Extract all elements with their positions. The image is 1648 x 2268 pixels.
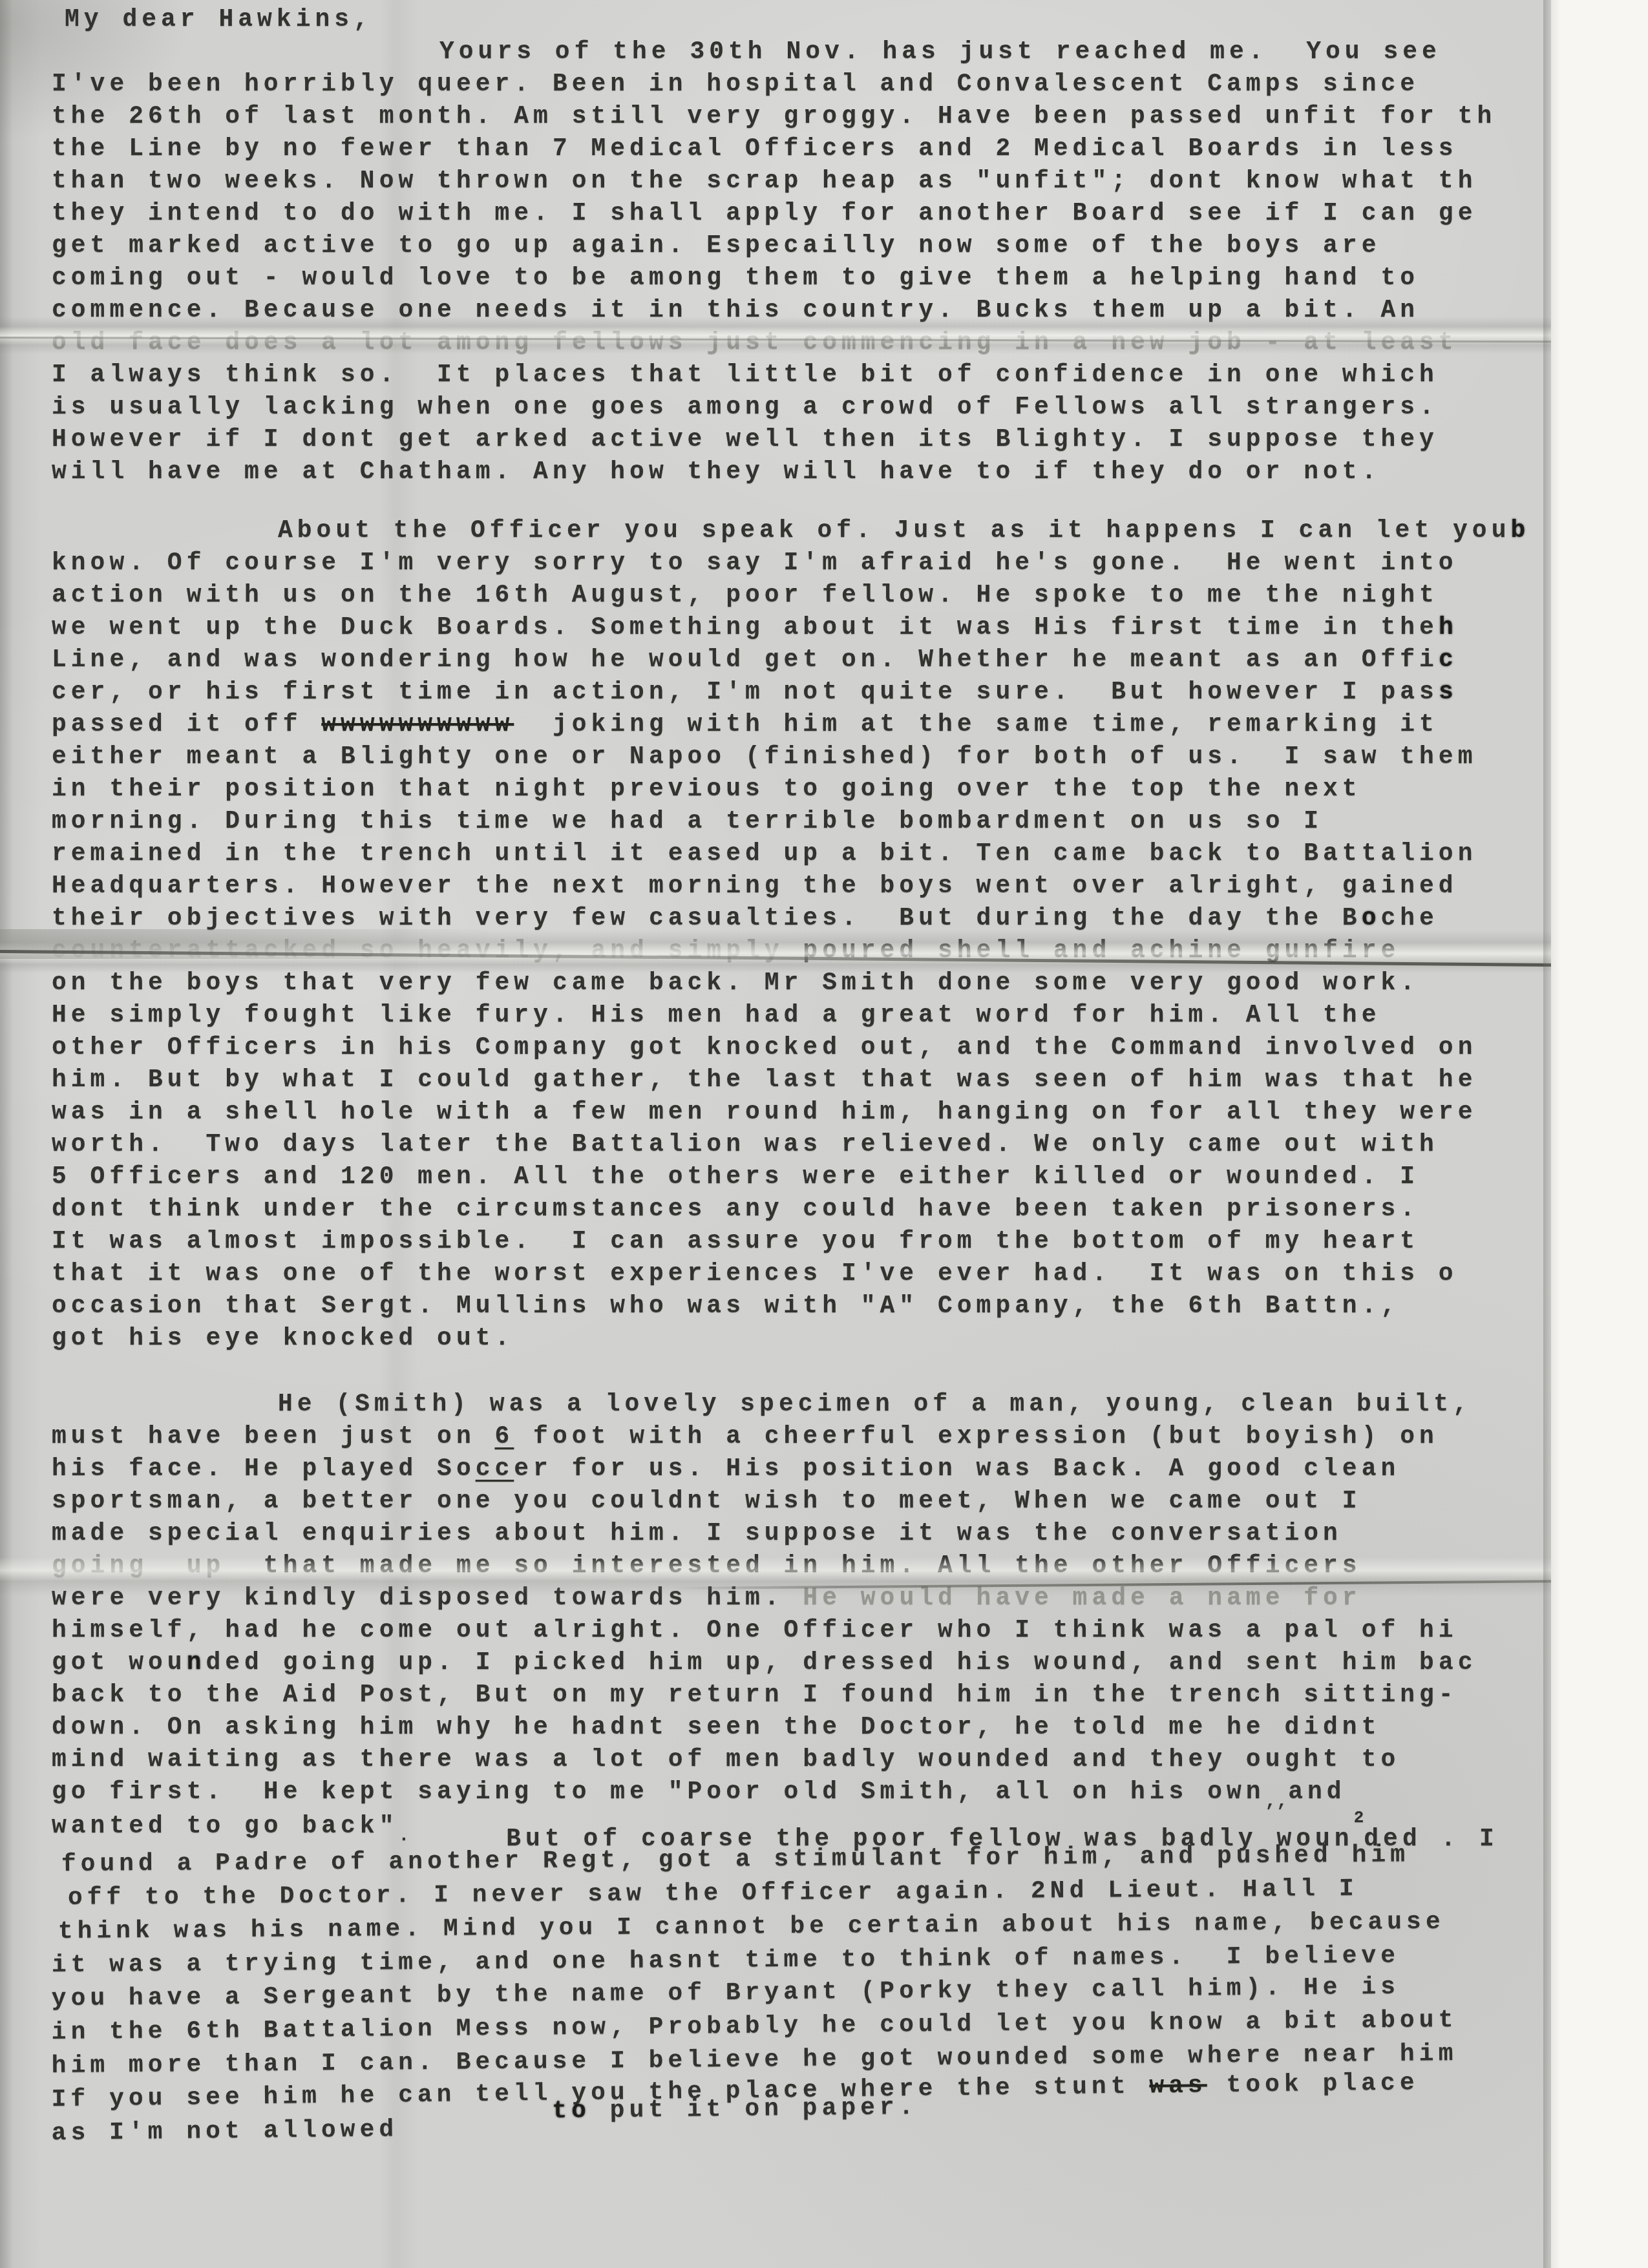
letter-line: go first. He kept saying to me "Poor old… [52,1776,1551,1811]
text-run: will have me at Chatham. Any how they wi… [52,458,1380,486]
text-run: 2 [1354,1808,1364,1827]
text-run: other Officers in his Company got knocke… [52,1034,1477,1062]
text-run: was in a shell hole with a few men round… [52,1098,1477,1126]
letter-line: got wounded going up. I picked him up, d… [52,1647,1551,1679]
letter-line: going up that made me so interested in h… [52,1550,1551,1582]
text-run: I've been horribly queer. Been in hospit… [52,70,1419,98]
letter-line: mind waiting as there was a lot of men b… [52,1744,1551,1776]
letter-line: were very kindly disposed towards him. H… [52,1582,1551,1615]
letter-line: I've been horribly queer. Been in hospit… [52,68,1551,101]
text-run: and [1288,1778,1346,1806]
text-run: off to the Doctor. I never saw the Offic… [68,1875,1358,1912]
letter-line: sportsman, a better one you couldnt wish… [52,1486,1551,1518]
paragraph: About the Officer you speak of. Just as … [52,515,1551,1355]
text-run: passed it off [52,711,321,739]
text-run: foot with a cheerful expression (but boy… [514,1423,1439,1451]
letter-line: Headquarters. However the next morning t… [52,870,1551,903]
text-run: commence. Because one needs it in this c… [52,297,1419,324]
letter-line: got his eye knocked out. [52,1323,1551,1355]
letter-line: I always think so. It places that little… [52,359,1551,392]
letter-line: they intend to do with me. I shall apply… [52,198,1551,230]
text-run: got his eye knocked out. [52,1325,514,1352]
letter-line: than two weeks. Now thrown on the scrap … [52,165,1551,198]
letter-line: was in a shell hole with a few men round… [52,1097,1551,1129]
text-run: However if I dont get arked active well … [52,426,1439,454]
letter-line: their objectives with very few casualtie… [52,903,1551,935]
text-run: must have been just on [52,1423,495,1451]
text-run: down. On asking him why he hadnt seen th… [52,1714,1380,1741]
letter-line: occasion that Sergt. Mullins who was wit… [52,1290,1551,1323]
text-run: got wou [52,1649,187,1677]
scanned-letter: My dear Hawkins,Yours of the 30th Nov. h… [0,0,1648,2268]
letter-line: Line, and was wondering how he would get… [52,644,1551,677]
text-run: go first. He kept saying to me "Poor old… [52,1778,1265,1806]
text-run: . [398,1826,410,1846]
text-run: put it on paper. [591,2094,918,2125]
text-run: they intend to do with me. I shall apply… [52,200,1477,227]
letter-line: action with us on the 16th August, poor … [52,580,1551,612]
letter-line: in their position that night previous to… [52,773,1551,806]
text-run: My dear Hawkins, [65,6,373,34]
letter-line: other Officers in his Company got knocke… [52,1032,1551,1064]
text-run: che [1380,905,1438,932]
text-run: their objectives with very few casualtie… [52,905,1362,932]
text-run: ded going up. I picked him up, dressed h… [206,1649,1477,1677]
text-run: in their position that night previous to… [52,775,1362,803]
letter-line: Yours of the 30th Nov. has just reached … [52,36,1551,68]
text-run: morning. During this time we had a terri… [52,808,1323,835]
letter-line: morning. During this time we had a terri… [52,806,1551,838]
text-run: wwwwwwwwww [321,711,514,739]
text-run: dont think under the circumstances any c… [52,1195,1419,1223]
text-run: He simply fought like fury. His men had … [52,1002,1380,1029]
text-run: we went up the Duck Boards. Something ab… [52,614,1439,642]
text-run: c [1439,646,1458,674]
text-run: either meant a Blighty one or Napoo (fin… [52,743,1477,771]
text-run: ,, [1265,1792,1289,1812]
text-run: s [1439,678,1458,706]
letter-line: must have been just on 6 foot with a che… [52,1421,1551,1453]
letter-line: the Line by no fewer than 7 Medical Offi… [52,133,1551,165]
letter-line: He simply fought like fury. His men had … [52,1000,1551,1032]
text-run [410,1812,506,1840]
text-run: About the Officer you speak of. Just as … [278,517,1510,545]
text-run: 6 [495,1423,514,1451]
text-run [398,2114,553,2143]
paragraph: He (Smith) was a lovely specimen of a ma… [52,1389,1551,2150]
letter-line: 5 Officers and 120 men. All the others w… [52,1161,1551,1193]
letter-line: himself, had he come out alright. One Of… [52,1615,1551,1647]
text-run: er for us. His position was Back. A good… [514,1455,1400,1483]
text-run: It was almost impossible. I can assure y… [52,1228,1419,1255]
letter-line: down. On asking him why he hadnt seen th… [52,1712,1551,1744]
text-run: was [1149,2072,1207,2100]
text-run: made special enquiries about him. I supp… [52,1520,1342,1548]
letter-line: remained in the trench until it eased up… [52,838,1551,870]
text-run: his face. He played So [52,1455,476,1483]
text-run: on the boys that very few came back. Mr … [52,969,1419,997]
letter-line: will have me at Chatham. Any how they wi… [52,456,1551,488]
letter-line: passed it off wwwwwwwwww joking with him… [52,709,1551,741]
text-run: think was his name. Mind you I cannot be… [58,1908,1445,1946]
text-run: him. But by what I could gather, the las… [52,1066,1477,1094]
text-run: back to the Aid Post, But on my return I… [52,1681,1458,1709]
letter-line: About the Officer you speak of. Just as … [52,515,1551,547]
paragraph: My dear Hawkins,Yours of the 30th Nov. h… [52,4,1551,488]
text-run: cer, or his first time in action, I'm no… [52,678,1439,706]
text-run: sportsman, a better one you couldnt wish… [52,1487,1362,1515]
letter-line: worth. Two days later the Battalion was … [52,1129,1551,1161]
letter-line: the 26th of last month. Am still very gr… [52,101,1551,133]
text-run: know. Of course I'm very sorry to say I'… [52,549,1458,577]
text-run: the 26th of last month. Am still very gr… [52,103,1496,131]
text-run: old face does a lot among fellows just c… [52,329,1458,357]
text-run: I always think so. It places that little… [52,361,1439,389]
text-run: h [1439,614,1458,642]
text-run: than two weeks. Now thrown on the scrap … [52,167,1477,195]
text-run: that it was one of the worst experiences… [52,1260,1458,1288]
text-run: worth. Two days later the Battalion was … [52,1131,1439,1159]
letter-line: It was almost impossible. I can assure y… [52,1226,1551,1258]
letter-line: cer, or his first time in action, I'm no… [52,677,1551,709]
letter-line: made special enquiries about him. I supp… [52,1518,1551,1550]
letter-line: his face. He played Soccer for us. His p… [52,1453,1551,1486]
letter-line: dont think under the circumstances any c… [52,1193,1551,1226]
text-run: joking with him at the same time, remark… [514,711,1439,739]
letter-line: My dear Hawkins, [52,4,1551,36]
text-run: wanted to go back" [52,1812,398,1840]
text-run: the Line by no fewer than 7 Medical Offi… [52,135,1458,163]
letter-line: either meant a Blighty one or Napoo (fin… [52,741,1551,773]
letter-line: we went up the Duck Boards. Something ab… [52,612,1551,644]
text-run: n [187,1649,206,1677]
text-run: Headquarters. However the next morning t… [52,872,1458,900]
text-run: himself, had he come out alright. One Of… [52,1617,1458,1644]
text-run: took place [1207,2069,1419,2099]
text-run: found a Padre of another Regt, got a sti… [61,1841,1410,1878]
letter-line: know. Of course I'm very sorry to say I'… [52,547,1551,580]
text-run: going up [52,1552,264,1580]
text-run: that made me so interested in him. All t… [264,1552,1362,1580]
text-run: b [1510,517,1530,545]
text-run: He would have made a name for [803,1584,1361,1612]
text-run: action with us on the 16th August, poor … [52,582,1439,609]
text-run: get marked active to go up again. Especa… [52,232,1380,260]
text-run: cc [476,1455,514,1483]
letter-line: back to the Aid Post, But on my return I… [52,1679,1551,1712]
text-run: Line, and was wondering how he would get… [52,646,1439,674]
text-run: to [552,2097,591,2125]
text-run: coming out - would love to be among them… [52,264,1419,292]
letter-line: However if I dont get arked active well … [52,424,1551,456]
text-run: He (Smith) was a lovely specimen of a ma… [278,1391,1472,1418]
text-run: mind waiting as there was a lot of men b… [52,1746,1400,1774]
letter-line: on the boys that very few came back. Mr … [52,967,1551,1000]
text-run: 5 Officers and 120 men. All the others w… [52,1163,1419,1191]
text-run: is usually lacking when one goes among a… [52,394,1439,421]
text-run: poured shell and achine gunfire [784,937,1400,965]
letter-line: coming out - would love to be among them… [52,262,1551,295]
letter-line: is usually lacking when one goes among a… [52,392,1551,424]
letter-paper: My dear Hawkins,Yours of the 30th Nov. h… [0,0,1551,2268]
text-run: as I'm not allowed [52,2116,399,2147]
letter-line: counterattacked so heavily, and simply p… [52,935,1551,967]
letter-line: commence. Because one needs it in this c… [52,295,1551,327]
letter-line: him. But by what I could gather, the las… [52,1064,1551,1097]
text-run: were very kindly disposed towards him. [52,1584,803,1612]
text-run: remained in the trench until it eased up… [52,840,1477,868]
letter-line: old face does a lot among fellows just c… [52,327,1551,359]
letter-body: My dear Hawkins,Yours of the 30th Nov. h… [52,4,1551,2150]
letter-line: get marked active to go up again. Especa… [52,230,1551,262]
text-run: counterattacked so heavily, and simply [52,937,784,965]
text-run: Yours of the 30th Nov. has just reached … [439,38,1441,66]
text-run: occasion that Sergt. Mullins who was wit… [52,1292,1400,1320]
letter-line: He (Smith) was a lovely specimen of a ma… [52,1389,1551,1421]
letter-line: that it was one of the worst experiences… [52,1258,1551,1290]
text-run: o [1362,905,1381,932]
